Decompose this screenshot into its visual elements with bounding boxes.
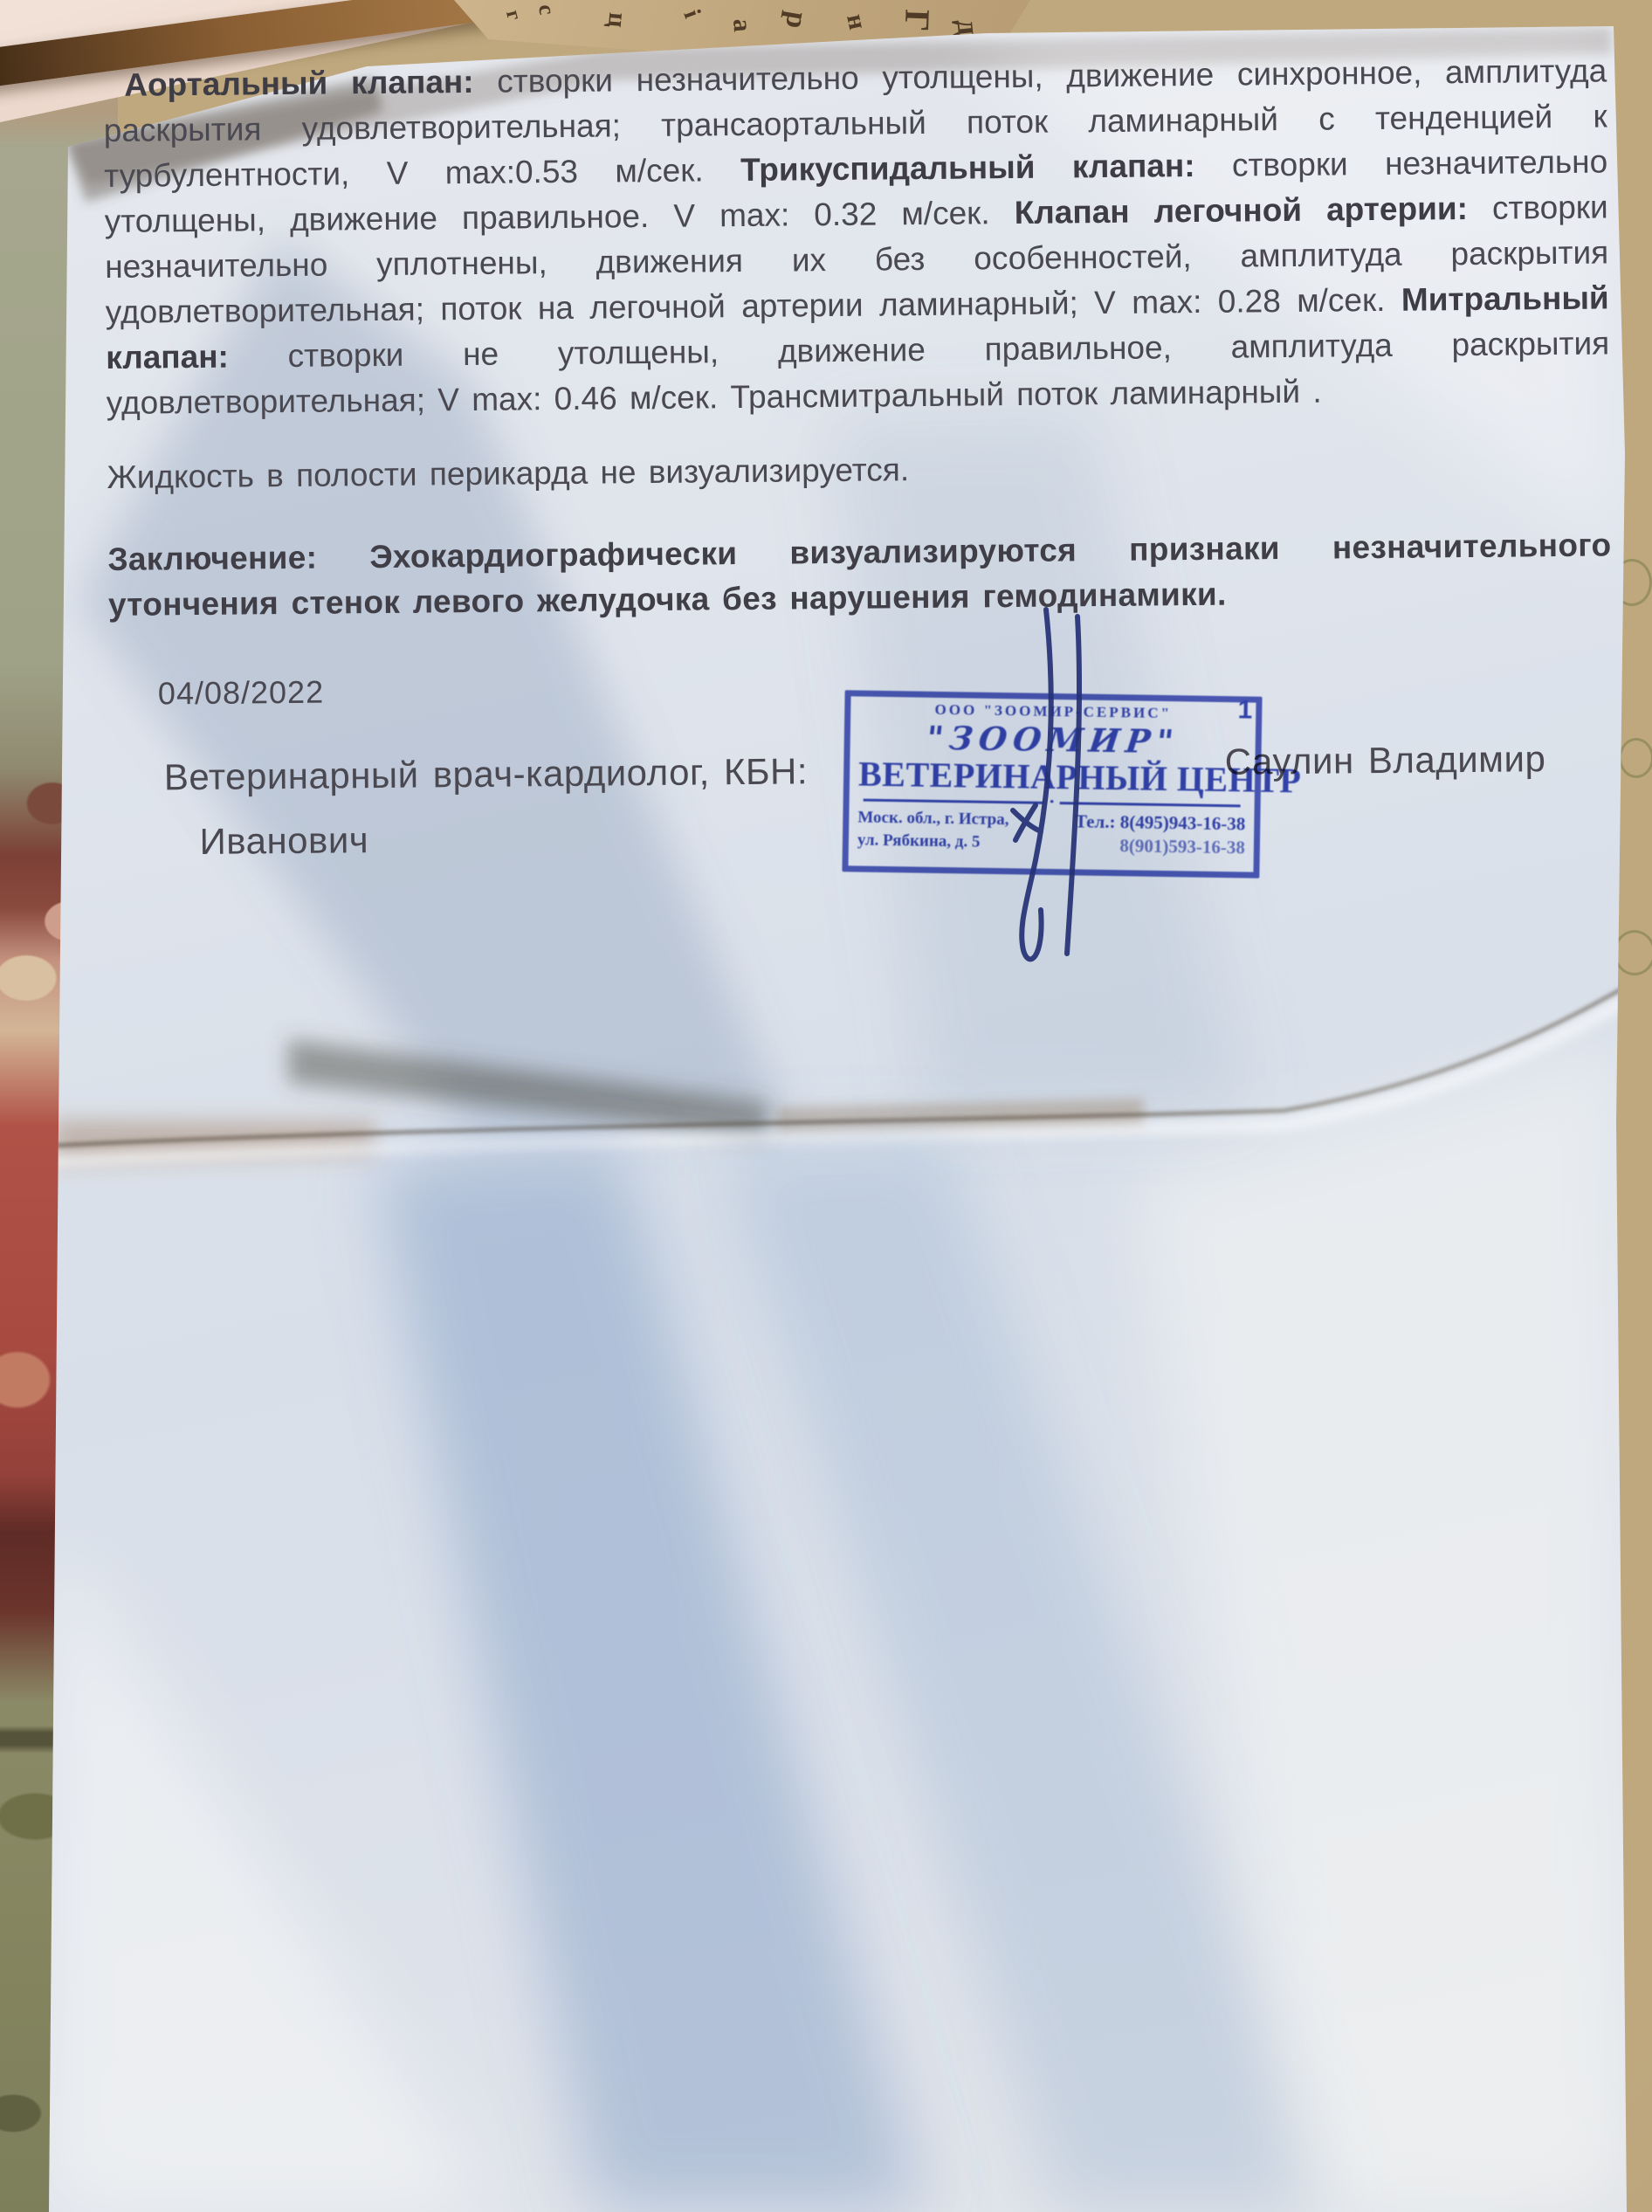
scrap-letter: ц xyxy=(602,11,632,29)
valves-paragraph: Аортальный клапан: створки незначительно… xyxy=(103,48,1610,426)
conclusion-label: Заключение: xyxy=(107,540,317,577)
doctor-patronymic: Иванович xyxy=(199,817,368,865)
stamp-phones: Тел.: 8(495)943-16-38 8(901)593-16-38 xyxy=(1074,810,1245,859)
stamp-brand: "ЗООМИР" xyxy=(857,719,1249,761)
aortic-valve-label: Аортальный клапан: xyxy=(124,64,474,103)
stamp-address: Моск. обл., г. Истра, ул. Рябкина, д. 5 xyxy=(857,807,1009,855)
scrap-letter: Г xyxy=(897,9,939,32)
tricuspid-valve-label: Трикуспидальный клапан: xyxy=(740,148,1195,188)
scrap-letter: р xyxy=(778,9,814,31)
stamp-center-line: ВЕТЕРИНАРНЫЙ ЦЕНТР xyxy=(858,755,1247,800)
clinic-stamp: ООО "ЗООМИР-СЕРВИС" "ЗООМИР" ВЕТЕРИНАРНЫ… xyxy=(842,690,1262,878)
scrap-letter: с xyxy=(533,3,560,17)
scrap-letter: г xyxy=(500,8,526,24)
scrap-letter: н xyxy=(840,11,872,32)
photo-of-veterinary-report: г с ц і а р н Г д xyxy=(0,0,1652,2212)
conclusion-paragraph: Заключение: Эхокардиографически визуализ… xyxy=(107,522,1612,628)
pericardium-paragraph: Жидкость в полости перикарда не визуализ… xyxy=(107,440,1610,500)
scrap-letter: а xyxy=(726,17,757,32)
pulmonary-valve-label: Клапан легочной артерии: xyxy=(1014,190,1468,231)
stamp-corner-mark: 1 xyxy=(1237,695,1252,725)
tablecloth-pattern-ring xyxy=(1619,738,1652,778)
scrap-letter: і xyxy=(678,6,706,22)
doctor-role: Ветеринарный врач-кардиолог, КБН: xyxy=(164,750,809,797)
tablecloth-pattern-ring xyxy=(1614,930,1652,975)
